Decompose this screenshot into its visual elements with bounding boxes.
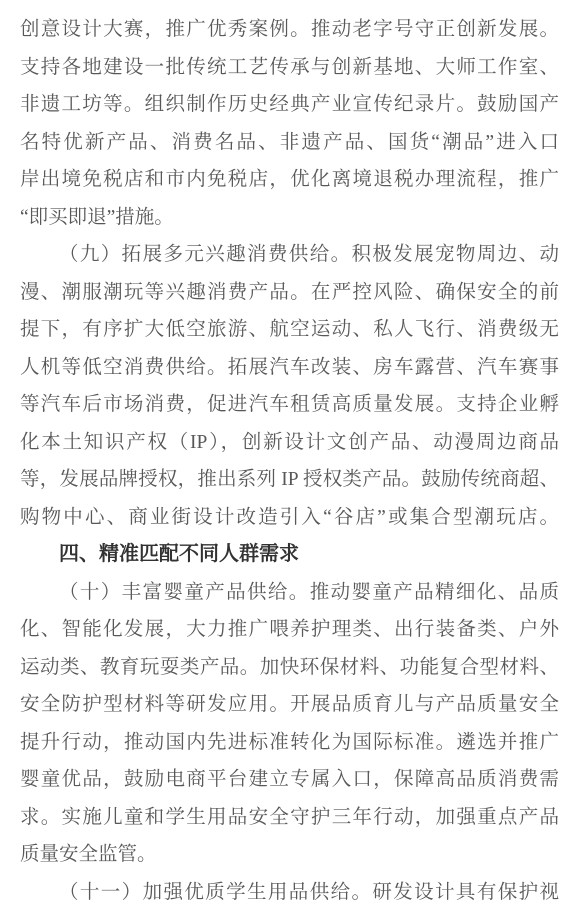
heading-section-4: 四、精准匹配不同人群需求 (20, 536, 559, 574)
text-line: 质量安全监管。 (20, 836, 559, 874)
text-line: （十）丰富婴童产品供给。推动婴童产品精细化、品质 (20, 574, 559, 612)
text-line: 人机等低空消费供给。拓展汽车改装、房车露营、汽车赛事 (20, 349, 559, 387)
text-line: 支持各地建设一批传统工艺传承与创新基地、大师工作室、 (20, 49, 559, 87)
text-line: 化本土知识产权（IP），创新设计文创产品、动漫周边商品 (20, 424, 559, 462)
text-line: 婴童优品，鼓励电商平台建立专属入口，保障高品质消费需 (20, 761, 559, 799)
text-line: 运动类、教育玩耍类产品。加快环保材料、功能复合型材料、 (20, 649, 559, 687)
text-line: 提升行动，推动国内先进标准转化为国际标准。遴选并推广 (20, 724, 559, 762)
text-line: 等，发展品牌授权，推出系列 IP 授权类产品。鼓励传统商超、 (20, 461, 559, 499)
para-item-10: （十）丰富婴童产品供给。推动婴童产品精细化、品质化、智能化发展，大力推广喂养护理… (20, 574, 559, 874)
document-page: 创意设计大赛，推广优秀案例。推动老字号守正创新发展。支持各地建设一批传统工艺传承… (0, 0, 576, 911)
para-item-9: （九）拓展多元兴趣消费供给。积极发展宠物周边、动漫、潮服潮玩等兴趣消费产品。在严… (20, 236, 559, 536)
text-line: （十一）加强优质学生用品供给。研发设计具有保护视 (20, 874, 559, 911)
text-line: 购物中心、商业街设计改造引入“谷店”或集合型潮玩店。 (20, 499, 559, 537)
text-line: 安全防护型材料等研发应用。开展品质育儿与产品质量安全 (20, 686, 559, 724)
text-line: 等汽车后市场消费，促进汽车租赁高质量发展。支持企业孵 (20, 386, 559, 424)
para-item-11: （十一）加强优质学生用品供给。研发设计具有保护视 (20, 874, 559, 911)
text-line: 提下，有序扩大低空旅游、航空运动、私人飞行、消费级无 (20, 311, 559, 349)
text-line: 非遗工坊等。组织制作历史经典产业宣传纪录片。鼓励国产 (20, 86, 559, 124)
document-body: 创意设计大赛，推广优秀案例。推动老字号守正创新发展。支持各地建设一批传统工艺传承… (20, 11, 559, 911)
text-line: 名特优新产品、消费名品、非遗产品、国货“潮品”进入口 (20, 124, 559, 162)
text-line: 岸出境免税店和市内免税店，优化离境退税办理流程，推广 (20, 161, 559, 199)
text-line: （九）拓展多元兴趣消费供给。积极发展宠物周边、动 (20, 236, 559, 274)
text-line: 创意设计大赛，推广优秀案例。推动老字号守正创新发展。 (20, 11, 559, 49)
text-line: 求。实施儿童和学生用品安全守护三年行动，加强重点产品 (20, 799, 559, 837)
text-line: “即买即退”措施。 (20, 199, 559, 237)
text-line: 化、智能化发展，大力推广喂养护理类、出行装备类、户外 (20, 611, 559, 649)
para-continuation: 创意设计大赛，推广优秀案例。推动老字号守正创新发展。支持各地建设一批传统工艺传承… (20, 11, 559, 236)
text-line: 漫、潮服潮玩等兴趣消费产品。在严控风险、确保安全的前 (20, 274, 559, 312)
